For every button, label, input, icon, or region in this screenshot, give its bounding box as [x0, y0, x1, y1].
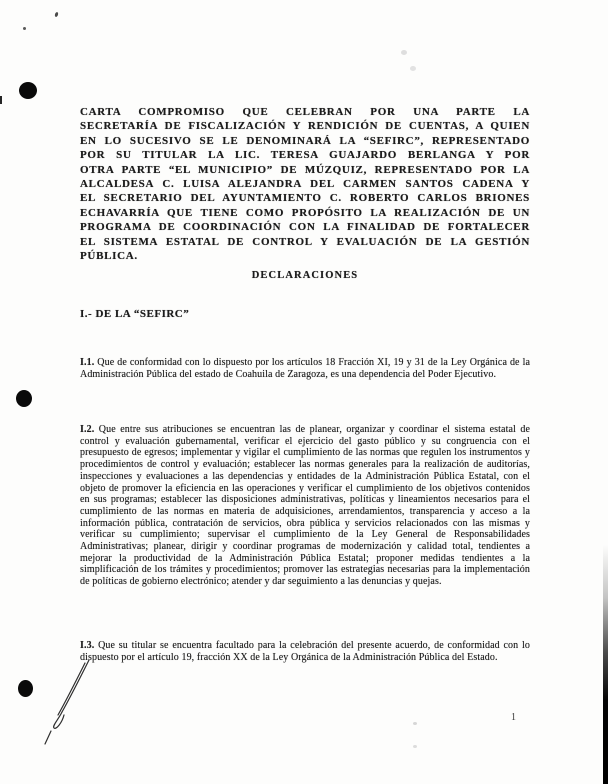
scan-speck [401, 50, 407, 55]
clause-i2: I.2. Que entre sus atribuciones se encue… [80, 424, 530, 588]
scan-edge-mark [0, 96, 2, 104]
clause-number: I.1. [80, 357, 94, 368]
scan-speck [54, 12, 58, 18]
scan-speck [413, 745, 417, 748]
scan-speck [410, 66, 416, 71]
clause-i1: I.1. Que de conformidad con lo dispuesto… [80, 357, 530, 380]
section-heading-sefirc: I.- DE LA “SEFIRC” [80, 308, 189, 320]
scan-edge-shadow [603, 545, 608, 784]
document-title: CARTA COMPROMISO QUE CELEBRAN POR UNA PA… [80, 105, 530, 263]
declarations-heading: DECLARACIONES [80, 270, 530, 281]
punch-hole-icon [19, 82, 37, 99]
scanned-document-page: CARTA COMPROMISO QUE CELEBRAN POR UNA PA… [0, 0, 608, 784]
clause-text: Que de conformidad con lo dispuesto por … [80, 357, 530, 380]
clause-i3: I.3. Que su titular se encuentra faculta… [80, 640, 530, 663]
page-number: 1 [511, 712, 516, 723]
clause-text: Que entre sus atribuciones se encuentran… [80, 424, 530, 587]
scan-speck [23, 27, 26, 30]
clause-number: I.2. [80, 424, 94, 435]
scan-speck [413, 722, 417, 725]
handwritten-flourish [38, 652, 100, 756]
punch-hole-icon [18, 680, 33, 697]
clause-number: I.3. [80, 640, 94, 651]
punch-hole-icon [16, 390, 32, 407]
clause-text: Que su titular se encuentra facultado pa… [80, 640, 530, 663]
